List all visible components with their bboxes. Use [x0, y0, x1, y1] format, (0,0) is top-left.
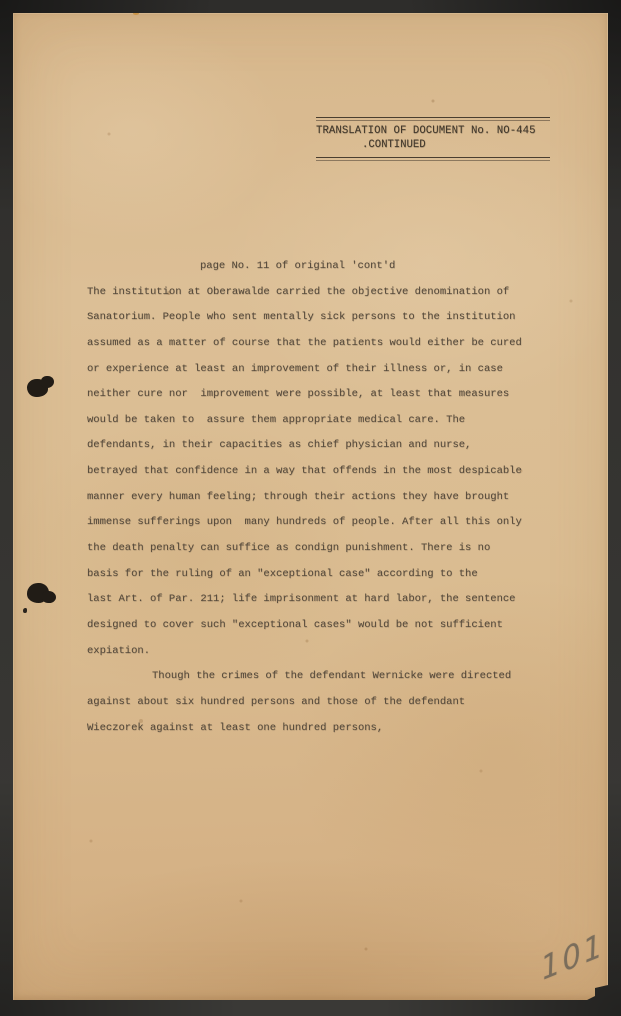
header-title: TRANSLATION OF DOCUMENT No. NO-445 — [316, 125, 550, 139]
document-line: manner every human feeling; through thei… — [87, 485, 557, 511]
ink-speck — [23, 608, 27, 613]
document-line: last Art. of Par. 211; life imprisonment… — [87, 587, 557, 613]
document-line: The institution at Oberawalde carried th… — [87, 280, 557, 306]
document-line: neither cure nor improvement were possib… — [87, 382, 557, 408]
header-rule-top — [316, 117, 550, 121]
document-line: the death penalty can suffice as condign… — [87, 536, 557, 562]
paper-edge-speck — [133, 12, 139, 15]
scan-background: TRANSLATION OF DOCUMENT No. NO-445 .CONT… — [0, 0, 621, 1016]
header-continued: .CONTINUED — [316, 139, 550, 153]
document-line: defendants, in their capacities as chief… — [87, 433, 557, 459]
document-body: page No. 11 of original 'cont'dThe insti… — [87, 177, 557, 741]
document-page: TRANSLATION OF DOCUMENT No. NO-445 .CONT… — [13, 13, 608, 1000]
document-line: Though the crimes of the defendant Werni… — [87, 664, 557, 690]
document-line: or experience at least an improvement of… — [87, 357, 557, 383]
document-line: betrayed that confidence in a way that o… — [87, 459, 557, 485]
document-line: page No. 11 of original 'cont'd — [87, 254, 557, 280]
document-line: immense sufferings upon many hundreds of… — [87, 510, 557, 536]
document-line: Wieczorek against at least one hundred p… — [87, 716, 557, 742]
document-line: expiation. — [87, 639, 557, 665]
document-line: basis for the ruling of an "exceptional … — [87, 562, 557, 588]
ink-blot-bottom — [27, 583, 56, 606]
header-rule-bottom — [316, 157, 550, 161]
document-line: would be taken to assure them appropriat… — [87, 408, 557, 434]
document-line: against about six hundred persons and th… — [87, 690, 557, 716]
document-line: designed to cover such "exceptional case… — [87, 613, 557, 639]
document-header-stamp: TRANSLATION OF DOCUMENT No. NO-445 .CONT… — [316, 117, 550, 161]
document-line: Sanatorium. People who sent mentally sic… — [87, 305, 557, 331]
paper-specks — [13, 13, 15, 15]
document-line: assumed as a matter of course that the p… — [87, 331, 557, 357]
pencil-page-number: 101 — [539, 926, 607, 988]
ink-blot-top — [27, 375, 55, 397]
